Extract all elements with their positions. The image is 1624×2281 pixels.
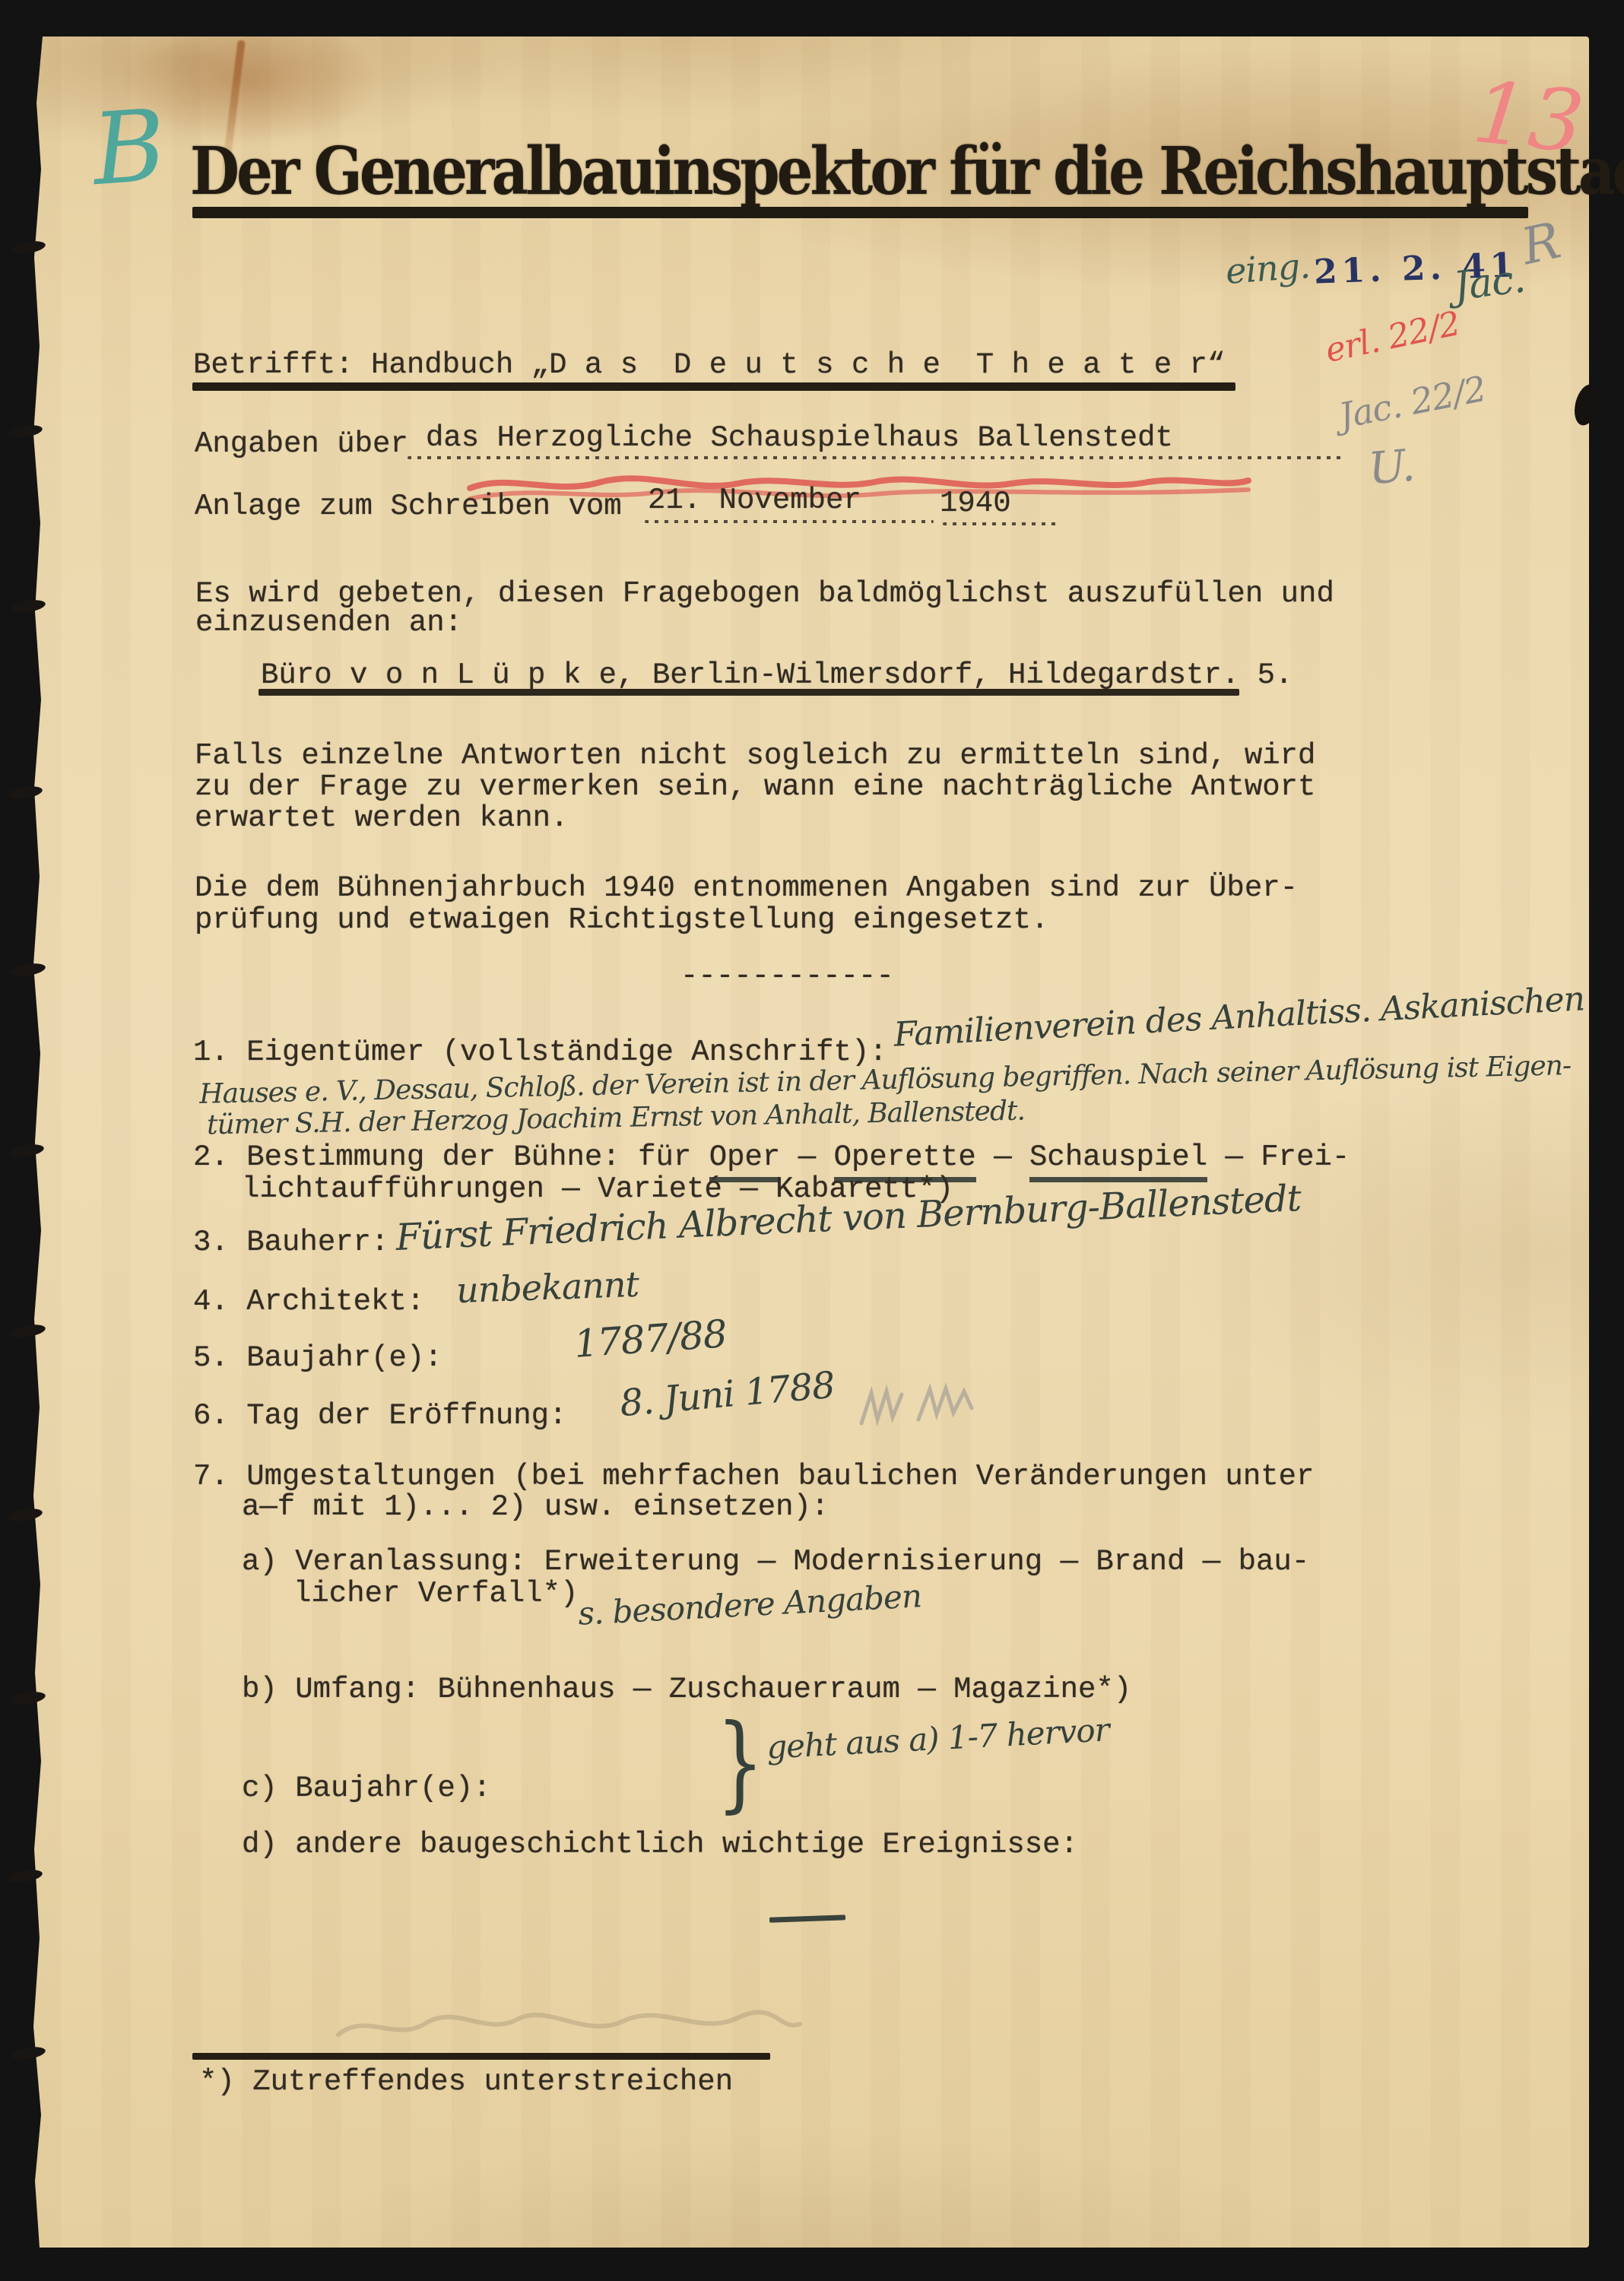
enclosure-year: 1940 [940,487,1011,520]
blue-crayon-b-mark: B [89,87,169,208]
received-note: eing. [1224,245,1311,292]
address-line: Büro v o n L ü p k e, Berlin-Wilmersdorf… [261,658,1293,692]
q2-prefix: 2. Bestimmung der Bühne: für [193,1140,709,1174]
enclosure-date: 21. November [648,484,861,517]
q6-label: 6. Tag der Eröffnung: [193,1399,566,1432]
q7a-line-1: a) Veranlassung: Erweiterung — Modernisi… [242,1545,1309,1578]
about-label: Angaben über [195,427,408,461]
q7a-line-2: licher Verfall*) [293,1577,578,1610]
q5-label: 5. Baujahr(e): [193,1341,442,1375]
yearbook-line-1: Die dem Bühnenjahrbuch 1940 entnommenen … [195,871,1298,905]
pencil-initial: U. [1366,439,1416,495]
address-underline [259,689,1239,696]
dotted-line [645,520,934,523]
handwritten-brace: } [716,1702,763,1823]
about-value: das Herzogliche Schauspielhaus Ballenste… [426,421,1173,455]
enclosure-label: Anlage zum Schreiben vom [195,490,622,523]
yearbook-line-2: prüfung und etwaigen Richtigstellung ein… [195,903,1048,937]
q2-dash: — [976,1140,1029,1174]
q1-label: 1. Eigentümer (vollständige Anschrift): [193,1036,887,1069]
q7c-label: c) Baujahr(e): [242,1772,491,1805]
received-initials: Jac. [1451,256,1527,310]
subject-underline [192,382,1235,391]
intro-line-2: einzusenden an: [195,606,462,639]
note-line-1: Falls einzelne Antworten nicht sogleich … [195,739,1315,772]
q7b-line: b) Umfang: Bühnenhaus — Zuschauerraum — … [242,1673,1131,1706]
q7-line-1: 7. Umgestaltungen (bei mehrfachen baulic… [193,1460,1314,1493]
q4-answer: unbekannt [455,1264,639,1311]
ghost-writing [335,2004,806,2050]
note-line-2: zu der Frage zu vermerken sein, wann ein… [195,770,1315,804]
q2-line-1: 2. Bestimmung der Bühne: für Oper — Oper… [193,1140,1350,1174]
q4-label: 4. Architekt: [193,1285,424,1318]
q3-label: 3. Bauherr: [193,1226,389,1259]
q7-line-2: a—f mit 1)... 2) usw. einsetzen): [242,1490,829,1524]
dotted-line [943,522,1057,525]
footnote-rule [192,2053,770,2060]
q7d-label: d) andere baugeschichtlich wichtige Erei… [242,1828,1078,1861]
letterhead-title: Der Generalbauinspektor für die Reichsha… [190,134,1624,210]
dotted-line [408,456,1346,459]
separator-dashes: ------------ [680,960,894,993]
letterhead-rule [192,207,1528,218]
q2-dash: — [780,1140,833,1174]
q2-suffix: — Frei- [1207,1140,1350,1174]
scanned-document: B 13 R eing. 21. 2. 41 Jac. erl. 22/2 Ja… [0,0,1624,2281]
footnote-text: *) Zutreffendes unterstreichen [199,2065,733,2099]
note-line-3: erwartet werden kann. [195,801,568,835]
pencil-scribble [858,1378,979,1439]
q2-option-schauspiel: Schauspiel [1029,1140,1207,1182]
subject-line: Betrifft: Handbuch „D a s D e u t s c h … [193,348,1225,382]
